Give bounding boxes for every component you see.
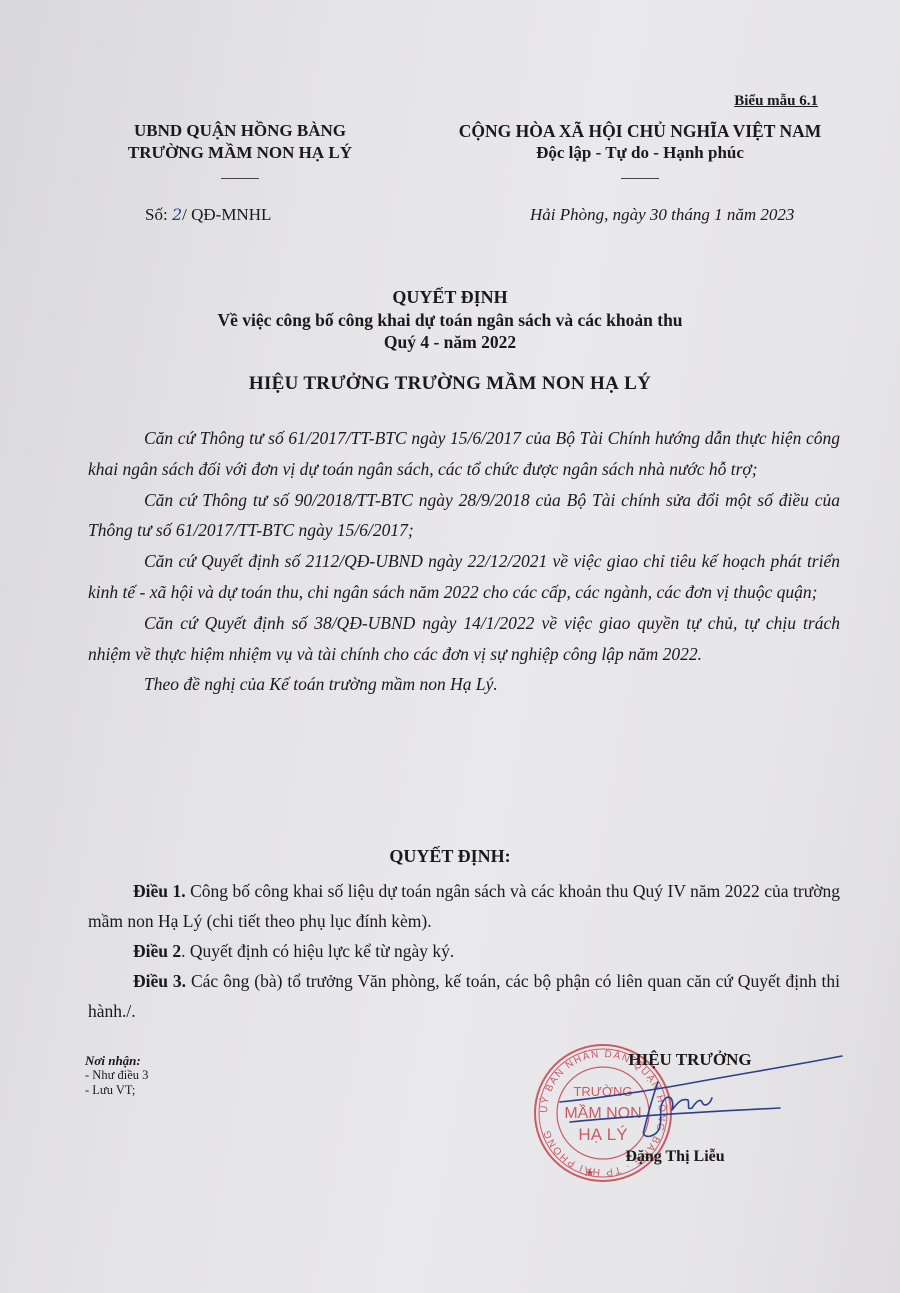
issuing-authority: HIỆU TRƯỞNG TRƯỜNG MẦM NON HẠ LÝ xyxy=(0,373,900,395)
legal-basis-item: Theo đề nghị của Kế toán trường mầm non … xyxy=(88,669,840,700)
header-divider xyxy=(221,178,259,179)
document-number: Số: 2/ QĐ-MNHL xyxy=(145,205,271,225)
national-header: CỘNG HÒA XÃ HỘI CHỦ NGHĨA VIỆT NAM Độc l… xyxy=(430,120,850,179)
doc-number-handwritten: 2 xyxy=(172,205,182,224)
title-type: QUYẾT ĐỊNH xyxy=(0,285,900,309)
article-2: Điều 2. Quyết định có hiệu lực kể từ ngà… xyxy=(88,936,840,966)
agency-parent: UBND QUẬN HỒNG BÀNG xyxy=(90,120,390,142)
legal-basis-item: Căn cứ Quyết định số 2112/QĐ-UBND ngày 2… xyxy=(88,546,840,608)
agency-name: TRƯỜNG MẦM NON HẠ LÝ xyxy=(90,142,390,164)
issuing-agency-header: UBND QUẬN HỒNG BÀNG TRƯỜNG MẦM NON HẠ LÝ xyxy=(90,120,390,179)
place-and-date: Hải Phòng, ngày 30 tháng 1 năm 2023 xyxy=(530,205,794,225)
form-code: Biểu mẫu 6.1 xyxy=(734,93,818,110)
signature-block: UỶ BAN NHÂN DÂN QUẬN HỒNG BÀNG · TP HẢI … xyxy=(540,1040,840,1180)
doc-number-prefix: Số: xyxy=(145,205,172,224)
legal-bases: Căn cứ Thông tư số 61/2017/TT-BTC ngày 1… xyxy=(88,423,840,700)
article-label: Điều 1. xyxy=(133,881,186,901)
motto-divider xyxy=(621,178,659,179)
article-label: Điều 2 xyxy=(133,941,181,961)
recipient-item: - Như điều 3 xyxy=(85,1068,148,1083)
handwritten-signature-icon xyxy=(540,1040,860,1160)
legal-basis-item: Căn cứ Thông tư số 61/2017/TT-BTC ngày 1… xyxy=(88,423,840,485)
legal-basis-item: Căn cứ Thông tư số 90/2018/TT-BTC ngày 2… xyxy=(88,485,840,547)
recipients-heading: Nơi nhận: xyxy=(85,1053,148,1068)
doc-number-suffix: / QĐ-MNHL xyxy=(182,205,271,224)
legal-basis-item: Căn cứ Quyết định số 38/QĐ-UBND ngày 14/… xyxy=(88,608,840,670)
title-period: Quý 4 - năm 2022 xyxy=(0,331,900,353)
seal-star-icon: ★ xyxy=(586,1168,595,1179)
recipients: Nơi nhận: - Như điều 3 - Lưu VT; xyxy=(85,1053,148,1098)
nation-title: CỘNG HÒA XÃ HỘI CHỦ NGHĨA VIỆT NAM xyxy=(430,120,850,142)
title-subject: Về việc công bố công khai dự toán ngân s… xyxy=(0,309,900,331)
article-label: Điều 3. xyxy=(133,971,186,991)
signer-name: Đặng Thị Liễu xyxy=(600,1148,750,1166)
article-text: Các ông (bà) tổ trưởng Văn phòng, kế toá… xyxy=(88,971,840,1021)
article-1: Điều 1. Công bố công khai số liệu dự toá… xyxy=(88,876,840,936)
national-motto: Độc lập - Tự do - Hạnh phúc xyxy=(430,142,850,164)
articles: Điều 1. Công bố công khai số liệu dự toá… xyxy=(88,876,840,1026)
article-text: Công bố công khai số liệu dự toán ngân s… xyxy=(88,881,840,931)
article-text: . Quyết định có hiệu lực kể từ ngày ký. xyxy=(181,941,454,961)
decision-heading: QUYẾT ĐỊNH: xyxy=(0,846,900,867)
recipient-item: - Lưu VT; xyxy=(85,1083,148,1098)
article-3: Điều 3. Các ông (bà) tổ trưởng Văn phòng… xyxy=(88,966,840,1026)
document-title: QUYẾT ĐỊNH Về việc công bố công khai dự … xyxy=(0,285,900,353)
